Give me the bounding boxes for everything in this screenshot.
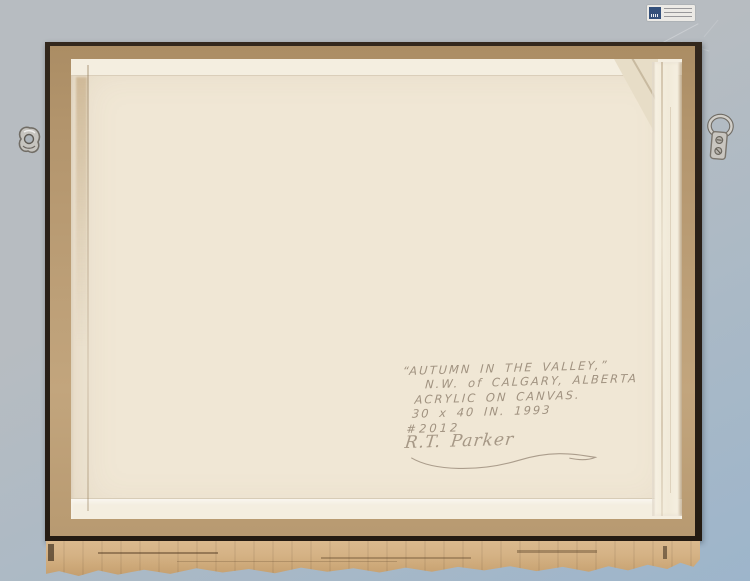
wood-distress-mark bbox=[321, 557, 471, 559]
wood-distress-mark bbox=[663, 546, 667, 559]
paper-top-edge bbox=[71, 59, 682, 76]
handwritten-inscription: “AUTUMN IN THE VALLEY,” N.W. of CALGARY,… bbox=[402, 356, 675, 470]
frame-edge: “AUTUMN IN THE VALLEY,” N.W. of CALGARY,… bbox=[45, 42, 702, 541]
wood-distress-mark bbox=[48, 544, 54, 561]
wood-distress-mark bbox=[98, 552, 218, 554]
artist-signature: R.T. Parker bbox=[405, 428, 676, 470]
frame-back-kraft-border: “AUTUMN IN THE VALLEY,” N.W. of CALGARY,… bbox=[50, 46, 695, 536]
paper-crease bbox=[87, 65, 89, 511]
paper-bottom-edge bbox=[71, 498, 682, 519]
wire-eye-hook-icon bbox=[14, 122, 46, 162]
gallery-logo-icon bbox=[649, 7, 661, 19]
paper-backing: “AUTUMN IN THE VALLEY,” N.W. of CALGARY,… bbox=[71, 59, 682, 519]
photo-back-of-framed-painting: “AUTUMN IN THE VALLEY,” N.W. of CALGARY,… bbox=[0, 0, 750, 581]
paper-stain bbox=[76, 77, 87, 347]
gallery-label bbox=[647, 5, 695, 21]
wood-distress-mark bbox=[517, 550, 597, 553]
board-scratch bbox=[704, 20, 719, 37]
label-fine-print bbox=[664, 8, 692, 18]
signature-flourish bbox=[409, 440, 600, 476]
wood-distress-mark bbox=[177, 561, 397, 562]
bottom-wood-strip bbox=[46, 541, 700, 576]
d-ring-hanger-icon bbox=[699, 111, 738, 176]
